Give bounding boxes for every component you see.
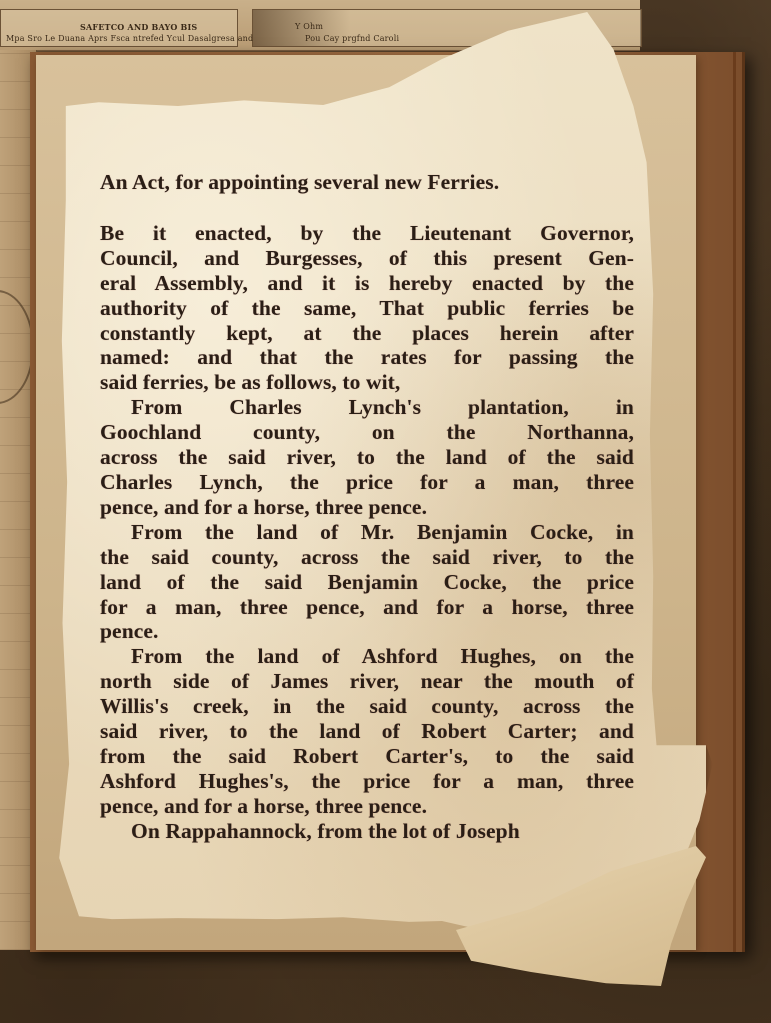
text-line: north side of James river, near the mout… (100, 669, 634, 694)
map-caption: SAFETCO AND BAYO BIS (80, 22, 197, 32)
text-line: named: and that the rates for passing th… (100, 345, 634, 370)
text-line: constantly kept, at the places herein af… (100, 321, 634, 346)
text-line: On Rappahannock, from the lot of Joseph (100, 819, 634, 844)
text-line: land of the said Benjamin Cocke, the pri… (100, 570, 634, 595)
paragraph: Be it enacted, by the Lieutenant Governo… (100, 221, 634, 395)
text-line: eral Assembly, and it is hereby enacted … (100, 271, 634, 296)
text-line: Ashford Hughes's, the price for a man, t… (100, 769, 634, 794)
map-caption: Y Ohm (295, 22, 323, 31)
text-line: across the said river, to the land of th… (100, 445, 634, 470)
text-line: Goochland county, on the Northanna, (100, 420, 634, 445)
paragraph: From Charles Lynch's plantation, inGooch… (100, 395, 634, 520)
text-line: said ferries, be as follows, to wit, (100, 370, 634, 395)
map-caption: Mpa Sro Le Duana Aprs Fsca ntrefed Ycul … (6, 34, 253, 43)
paragraph: From the land of Mr. Benjamin Cocke, int… (100, 520, 634, 645)
text-line: the said county, across the said river, … (100, 545, 634, 570)
text-line: From the land of Mr. Benjamin Cocke, in (100, 520, 634, 545)
text-line: From Charles Lynch's plantation, in (100, 395, 634, 420)
document-body: Be it enacted, by the Lieutenant Governo… (100, 221, 634, 844)
text-line: From the land of Ashford Hughes, on the (100, 644, 634, 669)
text-line: Charles Lynch, the price for a man, thre… (100, 470, 634, 495)
paragraph: On Rappahannock, from the lot of Joseph (100, 819, 634, 844)
text-line: from the said Robert Carter's, to the sa… (100, 744, 634, 769)
text-line: for a man, three pence, and for a horse,… (100, 595, 634, 620)
document-text: An Act, for appointing several new Ferri… (100, 170, 634, 844)
text-line: pence, and for a horse, three pence. (100, 495, 634, 520)
text-line: Council, and Burgesses, of this present … (100, 246, 634, 271)
document-title: An Act, for appointing several new Ferri… (100, 170, 634, 195)
map-caption: Pou Cay prgfnd Caroli (305, 34, 399, 43)
text-line: authority of the same, That public ferri… (100, 296, 634, 321)
text-line: Willis's creek, in the said county, acro… (100, 694, 634, 719)
text-line: pence, and for a horse, three pence. (100, 794, 634, 819)
paragraph: From the land of Ashford Hughes, on then… (100, 644, 634, 818)
text-line: said river, to the land of Robert Carter… (100, 719, 634, 744)
text-line: pence. (100, 619, 634, 644)
text-line: Be it enacted, by the Lieutenant Governo… (100, 221, 634, 246)
